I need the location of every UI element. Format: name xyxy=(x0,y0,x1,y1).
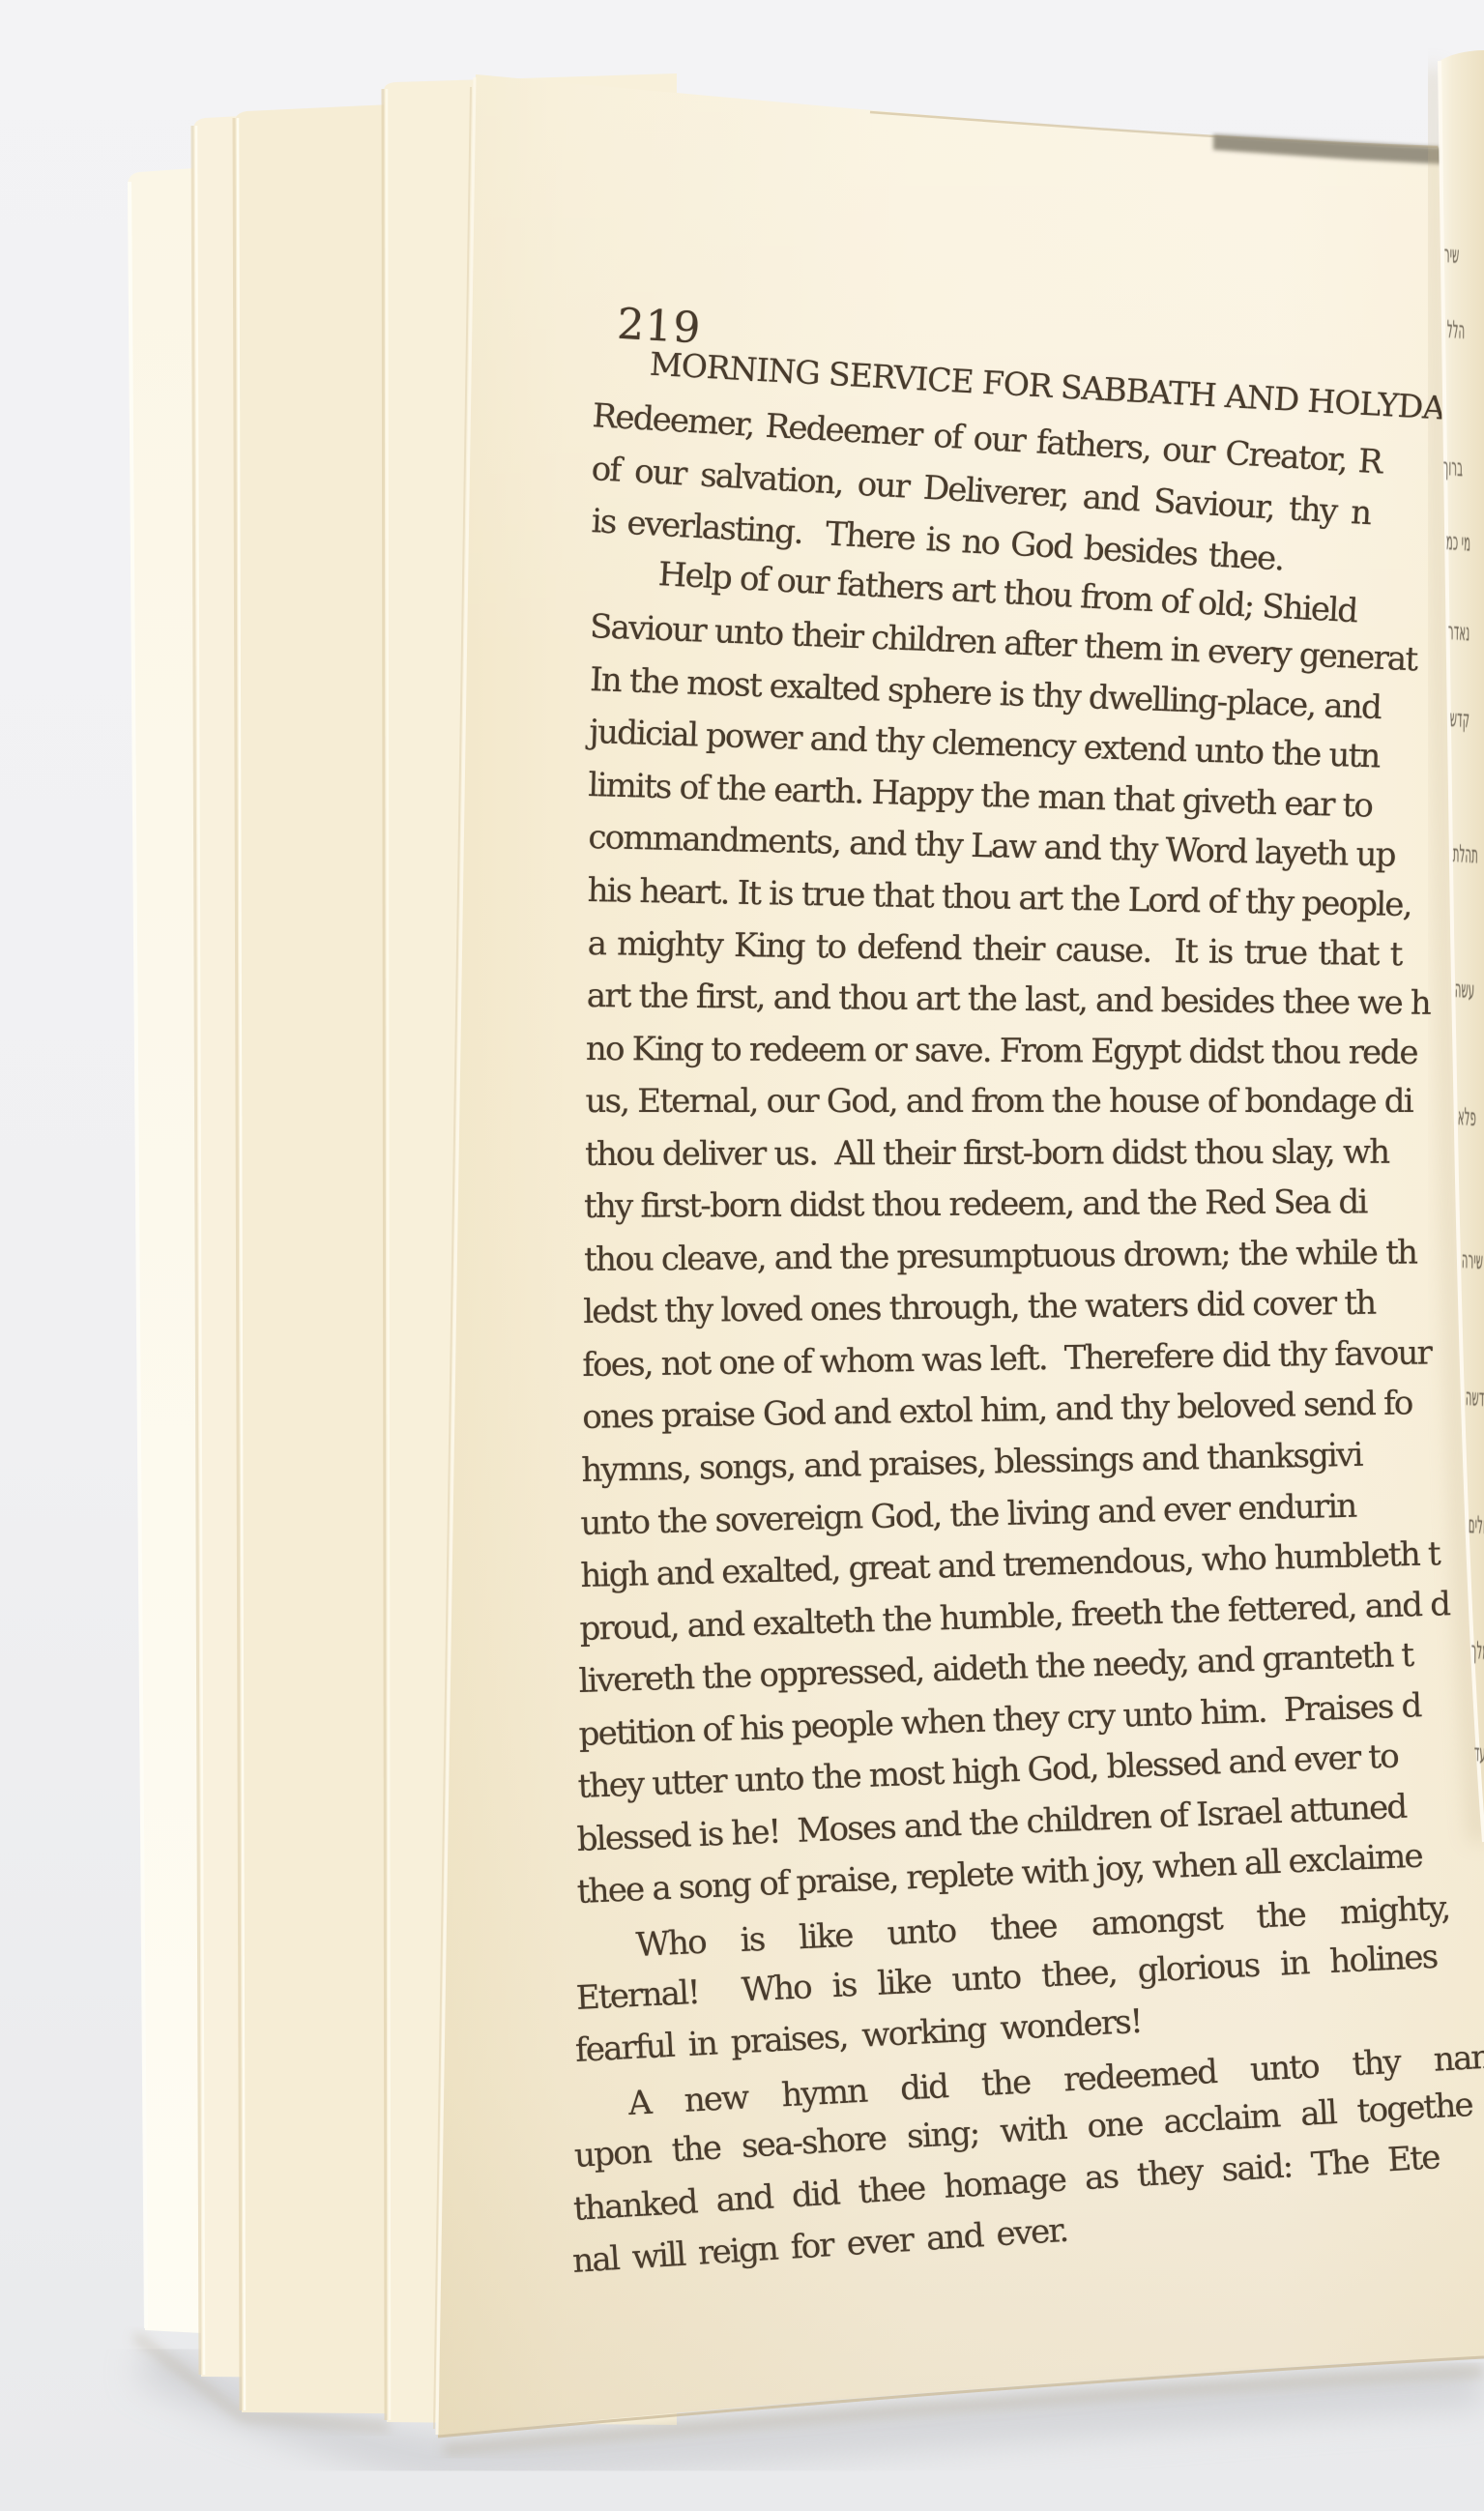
hebrew-fragment: שירה xyxy=(1462,1245,1484,1274)
hebrew-fragment: פלא xyxy=(1458,1102,1477,1131)
hebrew-fragment: הלל xyxy=(1447,315,1466,344)
text-line: us, Eternal, our God, and from the house… xyxy=(586,1082,1412,1121)
hebrew-fragment: עשה xyxy=(1455,975,1475,1004)
hebrew-fragment: חדשה xyxy=(1466,1383,1484,1413)
hebrew-fragment: נאדר xyxy=(1448,617,1470,646)
text-line: thou cleave, and the presumptuous drown;… xyxy=(584,1233,1416,1278)
text-line: thy first-born didst thou redeem, and th… xyxy=(584,1183,1367,1227)
text-line: high and exalted, great and tremendous, … xyxy=(580,1534,1440,1595)
hebrew-fragment: מי כמ xyxy=(1446,527,1471,557)
text-line: commandments, and thy Law and thy Word l… xyxy=(588,818,1395,875)
hebrew-fragment: שיר xyxy=(1444,240,1460,269)
text-line: a mighty King to defend their cause. It … xyxy=(587,924,1401,974)
text-line: ledst thy loved ones through, the waters… xyxy=(583,1284,1376,1331)
text-line: limits of the earth. Happy the man that … xyxy=(588,766,1373,826)
text-line: ones praise God and extol him, and thy b… xyxy=(582,1385,1412,1438)
text-line: hymns, songs, and praises, blessings and… xyxy=(581,1436,1362,1490)
hebrew-fragment: גאולים xyxy=(1469,1510,1484,1540)
text-line: art the first, and thou art the last, an… xyxy=(586,977,1430,1023)
hebrew-fragment: תהלת xyxy=(1453,839,1478,869)
text-line: foes, not one of whom was left. Therefer… xyxy=(582,1333,1431,1385)
text-line: thou deliver us. All their first-born di… xyxy=(585,1132,1388,1173)
text-line: his heart. It is true that thou art the … xyxy=(587,871,1411,924)
text-line: no King to redeem or save. From Egypt di… xyxy=(586,1030,1417,1072)
hebrew-fragment: קדש xyxy=(1450,704,1470,733)
book-photo: שירהללברוךמי כמנאדרקדשתהלתעשהפלאשירהחדשה… xyxy=(0,0,1484,2511)
text-line: unto the sovereign God, the living and e… xyxy=(580,1486,1356,1542)
hebrew-fragment: ברוך xyxy=(1443,453,1464,482)
